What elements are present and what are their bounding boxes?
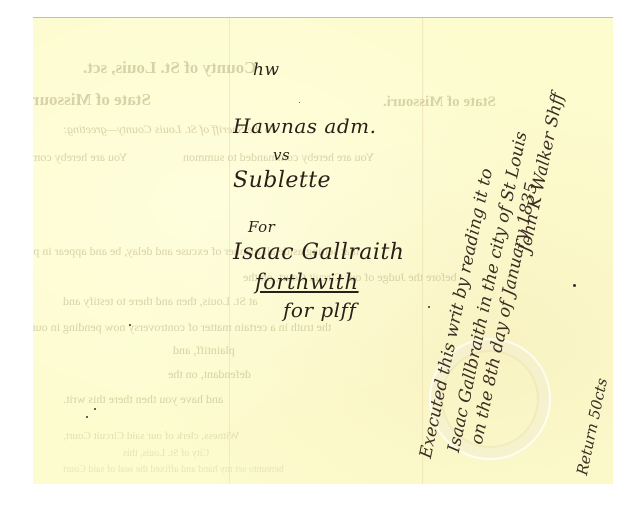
document-page: County of St. Louis, sct. State of Misso… xyxy=(33,17,613,484)
case-plaintiff: Hawnas adm. xyxy=(233,114,376,138)
ink-speck xyxy=(573,284,576,287)
docket-mark: hw xyxy=(253,60,280,80)
bleed-command-line-2: You are hereby commanded xyxy=(33,150,127,165)
versus-mark: vs xyxy=(273,146,290,164)
bleed-plaintiff-line: plaintiff, and xyxy=(173,343,235,358)
bleed-state-line: State of Missouri. xyxy=(33,90,151,110)
bleed-seal-line: City of St. Louis, this xyxy=(123,448,209,459)
ink-speck xyxy=(94,408,96,410)
case-defendant: Sublette xyxy=(233,168,331,193)
bleed-state-line-2: State of Missouri. xyxy=(383,94,496,111)
witness-name: Isaac Gallraith xyxy=(233,240,404,265)
bleed-county-line: County of St. Louis, sct. xyxy=(83,58,256,78)
bleed-at-line: at St. Louis, then and there to testify … xyxy=(63,294,258,309)
bleed-witness-line: Witness, clerk of our said Circuit Court… xyxy=(63,430,239,442)
fold-line xyxy=(422,18,424,484)
bleed-controversy-line: the truth in a certain matter of controv… xyxy=(33,320,331,335)
ink-speck xyxy=(129,324,131,326)
instruction-forthwith: forthwith xyxy=(255,270,359,294)
ink-speck xyxy=(428,306,430,308)
ink-speck xyxy=(299,102,300,103)
bleed-defendant-line: defendant, on the xyxy=(168,367,251,382)
bleed-hereunto-line: hereunto set my hand and affixed the sea… xyxy=(63,464,284,475)
bleed-have-line: and have you then there this writ. xyxy=(63,392,223,407)
fee-note: Return 50cts xyxy=(573,376,611,476)
party-label: for plff xyxy=(283,298,356,322)
for-label: For xyxy=(248,218,275,236)
ink-speck xyxy=(86,416,88,418)
